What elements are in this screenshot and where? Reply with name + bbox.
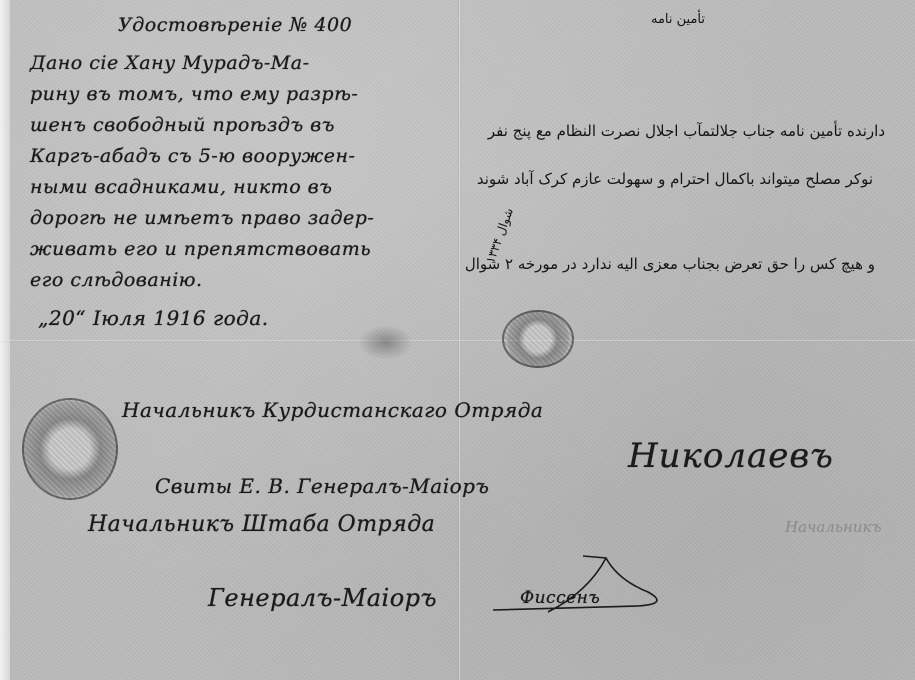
russian-body-line: шенъ свободный проѣздъ въ bbox=[30, 110, 450, 141]
bleed-through-text: Начальникъ bbox=[785, 518, 882, 536]
signatory-1-signature: Николаевъ bbox=[628, 436, 834, 476]
russian-body-line: его слѣдованiю. bbox=[30, 265, 450, 296]
russian-body-line: дорогѣ не имѣетъ право задер- bbox=[30, 203, 450, 234]
russian-body-line: живать его и препятствовать bbox=[30, 234, 450, 265]
persian-title: تأمین نامه bbox=[651, 12, 705, 27]
signatory-1-rank: Свиты Е. В. Генералъ-Маiоръ bbox=[155, 474, 489, 498]
persian-seal-stamp-icon bbox=[502, 310, 574, 368]
russian-body-line: рину въ томъ, что ему разрѣ- bbox=[30, 79, 450, 110]
russian-certificate-body: Дано сiе Хану Мурадъ-Ма- рину въ томъ, ч… bbox=[30, 48, 450, 296]
russian-body-line: Каргъ-абадъ съ 5-ю вооружен- bbox=[30, 141, 450, 172]
russian-certificate-title: Удостовѣренiе № 400 bbox=[118, 14, 352, 36]
ink-smudge bbox=[358, 325, 413, 360]
persian-line: نوکر مصلح میتواند باکمال احترام و سهولت … bbox=[477, 170, 873, 188]
persian-line: دارنده تأمین نامه جناب جلالتمآب اجلال نص… bbox=[488, 122, 885, 140]
russian-body-line: Дано сiе Хану Мурадъ-Ма- bbox=[30, 48, 450, 79]
horizontal-fold-crease bbox=[0, 340, 915, 342]
document-scan: Удостовѣренiе № 400 Дано сiе Хану Мурадъ… bbox=[0, 0, 915, 680]
russian-body-line: ными всадниками, никто въ bbox=[30, 172, 450, 203]
signatory-1-title: Начальникъ Курдистанскаго Отряда bbox=[122, 398, 543, 422]
signatory-2-title: Начальникъ Штаба Отряда bbox=[88, 512, 435, 537]
persian-line: و هیچ کس را حق تعرض بجناب معزی الیه ندار… bbox=[465, 255, 875, 273]
signatory-2-signature: Фиссенъ bbox=[520, 588, 600, 608]
russian-seal-stamp-icon bbox=[22, 398, 118, 500]
signatory-2-rank: Генералъ-Маiоръ bbox=[208, 584, 437, 612]
russian-date: „20“ Iюля 1916 года. bbox=[38, 306, 269, 330]
